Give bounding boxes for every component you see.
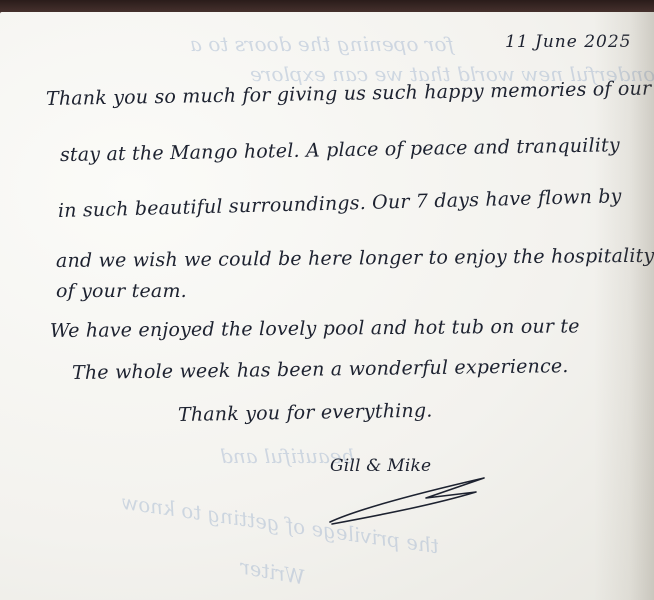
entry-line: Thank you so much for giving us such hap… (46, 77, 652, 110)
entry-line: in such beautiful surroundings. Our 7 da… (58, 185, 622, 222)
entry-date: 11 June 2025 (505, 32, 631, 52)
signature-flourish-icon (326, 470, 496, 530)
guestbook-page: for opening the doors to a wonderful new… (0, 12, 654, 600)
entry-closing: Thank you for everything. (178, 400, 433, 426)
bleed-through-text: Writer (238, 555, 306, 590)
entry-line: We have enjoyed the lovely pool and hot … (50, 315, 580, 342)
bleed-through-text: for opening the doors to a (190, 32, 454, 56)
entry-line: and we wish we could be here longer to e… (56, 245, 654, 272)
entry-line: The whole week has been a wonderful expe… (72, 355, 569, 384)
entry-line: stay at the Mango hotel. A place of peac… (60, 134, 620, 166)
entry-line: of your team. (56, 280, 187, 302)
